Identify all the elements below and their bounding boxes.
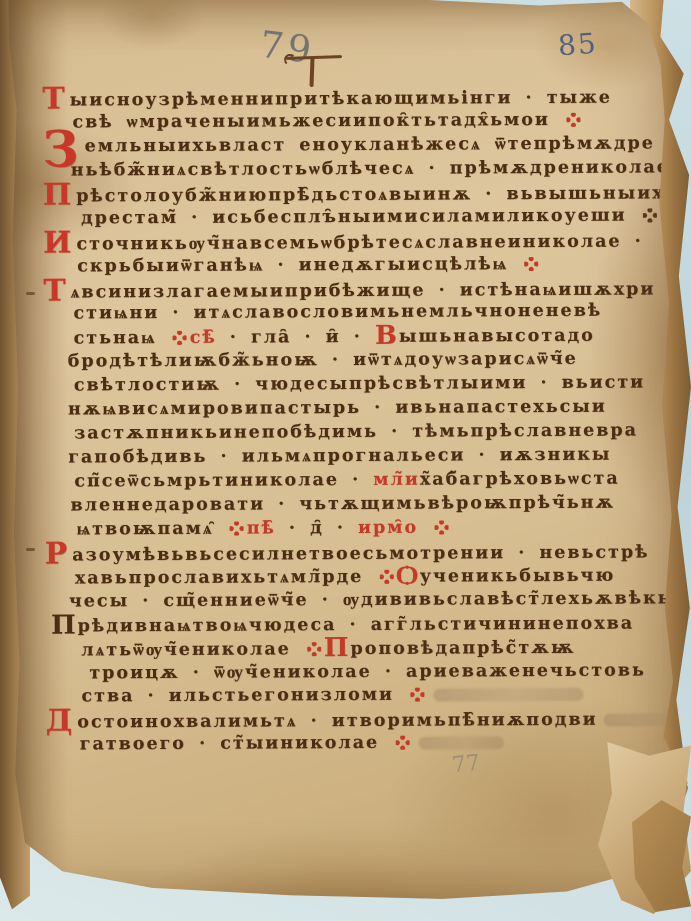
text-line: Достоинохвалимьтѧ · итворимьпѣ̑ниѫподви [46, 707, 656, 734]
text-segment: ства · ильстьегонизломи [81, 685, 407, 707]
text-segment: свѣ ѡмраченыимьжесиипок̑тьтадх̑ьмои [72, 110, 563, 133]
text-segment: азоумѣвьвьсесилнетвоесьмотрении · невьст… [72, 542, 649, 565]
quad-dot-mark [524, 257, 538, 271]
text-segment: ирм̑о [358, 518, 418, 538]
quad-dot-mark [307, 642, 321, 656]
text-line: вленнедаровати · чьтѫщимьвѣроѭпрѣч̃ьнѫ [44, 491, 654, 518]
text-line: застѫпникьинепобѣдимь · тѣмьпрѣславневра [44, 420, 654, 447]
quad-dot-mark [230, 521, 244, 535]
text-line: сп̃сеѿсьмрьтиниколае · мл̃их̃аб̃агрѣховь… [44, 467, 654, 494]
text-line: хавьпрославихьтѧмл̃рде Ѻученикьбывьчю [45, 563, 655, 590]
quad-dot-mark [566, 113, 580, 127]
text-line: Земльныихьвласт еноукланѣжесѧ ѿтепрѣмѫдр… [43, 132, 653, 159]
text-segment: застѫпникьинепобѣдимь · тѣмьпрѣславневра [74, 421, 638, 444]
text-segment: гапобѣдивь · ильмѧпрогнальеси · иѫзникы [68, 445, 611, 468]
text-segment: П [324, 633, 351, 663]
text-line: стьнаѩ сѣ̑ · гла̑ · и̑ · Вышьнавысотадо [44, 324, 654, 351]
flourish-stem [309, 57, 314, 87]
manuscript-page: 79 85 77 Тыисноузрѣменнипритѣкающимьінги… [0, 0, 691, 921]
text-line: стиѩни · итѧславословимьнемльчноненевѣ [43, 300, 653, 327]
text-segment: хавьпрославихьтѧмл̃рде [75, 567, 377, 589]
text-segment: ѧвсинизлагаемыиприбѣжище · истѣнаѩишѫхри [71, 279, 656, 302]
text-segment: роповѣдапрѣс̃тѫѭ [350, 637, 575, 658]
quad-dot-mark [643, 208, 657, 222]
text-segment: чесы · сщ̃енниеѿч̃е · ѹдививьславѣст̃лех… [69, 588, 685, 611]
text-line: свѣтлостиѭ · чюдесыпрѣсвѣтлыими · вьисти [44, 372, 654, 399]
modern-folio-number: 85 [557, 27, 599, 63]
binding-stitch-mark [26, 548, 35, 551]
text-line: Тыисноузрѣменнипритѣкающимьінги · тыже [42, 84, 652, 111]
text-line: гатвоего · ст̃ыиниколае [46, 731, 656, 758]
binding-stitch-mark [26, 292, 35, 295]
rubric-initial: П [43, 177, 74, 212]
text-line: нѫѩвисѧмировипастырь · ивьнапастехьсыи [44, 396, 654, 423]
text-line: бродѣтѣлиѭбж̃ьноѭ · иѿтѧдоуѡзарисѧѿч̃е [44, 348, 654, 375]
rubric-initial: Т [43, 273, 68, 308]
text-segment: В [375, 321, 399, 351]
text-segment: свѣтлостиѭ · чюдесыпрѣсвѣтлыими · вьисти [74, 373, 645, 396]
text-segment: Ѻ [396, 560, 420, 590]
text-line: Тѧвсинизлагаемыиприбѣжище · истѣнаѩишѫхр… [43, 276, 653, 303]
text-segment: рѣстолоубж̃ниюпрѣ̑дьстоѧвыинѫ · вьвышьны… [76, 183, 684, 206]
erased-text-smudge [418, 737, 503, 750]
quad-dot-mark [379, 570, 393, 584]
text-segment: скрьбыиѿганѣѩ · инедѫгыисцѣлѣѩ [77, 254, 521, 276]
text-segment: троицѫ · ѿѹч̃ениколае · ариеваженечьстов… [89, 660, 646, 683]
text-segment: остоинохвалимьтѧ · итворимьпѣ̑ниѫподви [77, 710, 597, 733]
text-segment: ыисноузрѣменнипритѣкающимьінги · тыже [70, 88, 612, 111]
text-line: ства · ильстьегонизломи [45, 683, 655, 710]
rubric-initial: И [43, 225, 74, 260]
text-segment: ньѣбж̃ниѧсвѣтлостьѡблѣчесѧ · прѣмѫдреник… [71, 157, 691, 180]
quad-dot-mark [173, 331, 187, 345]
text-segment: лѧтьѿѹч̃ениколае [81, 639, 304, 660]
quad-dot-mark [410, 688, 424, 702]
rubric-initial: П [51, 610, 78, 640]
erased-text-smudge [433, 688, 583, 702]
text-segment: пѣ̑ [247, 518, 276, 538]
text-segment: нѫѩвисѧмировипастырь · ивьнапастехьсыи [68, 397, 607, 420]
text-segment: ѩтвоѭпамѧ̑ [77, 519, 227, 540]
rubric-initial: Т [42, 81, 67, 116]
text-segment: ученикьбывьчю [420, 565, 616, 586]
text-segment: · д̑ · [276, 518, 358, 538]
text-line: ѩтвоѭпамѧ̑ пѣ̑ · д̑ · ирм̑о [45, 515, 655, 542]
text-segment: мл̃и [373, 470, 420, 490]
text-segment: ышьнавысотадо [399, 326, 595, 347]
text-line: Прѣстолоубж̃ниюпрѣ̑дьстоѧвыинѫ · вьвышьн… [43, 180, 653, 207]
rubric-initial: Р [45, 536, 70, 571]
text-segment [418, 517, 431, 537]
text-segment: вленнедаровати · чьтѫщимьвѣроѭпрѣч̃ьнѫ [70, 493, 615, 516]
text-segment: · гла̑ · и̑ · [217, 327, 375, 348]
text-line: дрестам̃ · исьбесплъ̑ныимисиламиликоуеши [43, 204, 653, 231]
text-line: лѧтьѿѹч̃ениколае Проповѣдапрѣс̃тѫѭ [45, 635, 655, 662]
text-line: чесы · сщ̃енниеѿч̃е · ѹдививьславѣст̃лех… [45, 587, 655, 614]
text-line: ньѣбж̃ниѧсвѣтлостьѡблѣчесѧ · прѣмѫдреник… [43, 156, 653, 183]
text-segment: сѣ̑ [190, 328, 217, 348]
text-segment: рѣдивнаѩтвоѩчюдеса · агг̃льстичининепохв… [78, 613, 635, 636]
text-line: троицѫ · ѿѹч̃ениколае · ариеваженечьстов… [45, 659, 655, 686]
text-segment: х̃аб̃агрѣховьѡста [420, 469, 620, 490]
quad-dot-mark [395, 736, 409, 750]
text-segment: стиѩни · итѧславословимьнемльчноненевѣ [73, 301, 602, 324]
text-line: Источникьѹч̃навсемьѡбрѣтесѧславнеиникола… [43, 228, 653, 255]
text-line: скрьбыиѿганѣѩ · инедѫгыисцѣлѣѩ [43, 252, 653, 279]
manuscript-text: Тыисноузрѣменнипритѣкающимьінги · тыжесв… [42, 84, 656, 757]
text-segment: гатвоего · ст̃ыиниколае [80, 733, 393, 755]
decorative-flourish [286, 52, 356, 90]
text-line: гапобѣдивь · ильмѧпрогнальеси · иѫзникы [44, 443, 654, 470]
quad-dot-mark [434, 520, 448, 534]
text-segment: стьнаѩ [74, 328, 170, 349]
text-segment: сточникьѹч̃навсемьѡбрѣтесѧславнеиниколае… [76, 231, 642, 254]
photo-backdrop: 79 85 77 Тыисноузрѣменнипритѣкающимьінги… [0, 0, 691, 921]
text-line: Разоумѣвьвьсесилнетвоесьмотрении · невьс… [45, 539, 655, 566]
rubric-initial: Д [45, 704, 74, 739]
text-segment: бродѣтѣлиѭбж̃ьноѭ · иѿтѧдоуѡзарисѧѿч̃е [68, 349, 578, 372]
text-segment: сп̃сеѿсьмрьтиниколае · [74, 470, 373, 492]
text-line: свѣ ѡмраченыимьжесиипок̑тьтадх̑ьмои [42, 108, 652, 135]
text-segment: дрестам̃ · исьбесплъ̑ныимисиламиликоуеши [81, 205, 640, 228]
text-segment: емльныихьвласт еноукланѣжесѧ ѿтепрѣмѫдре [85, 133, 655, 156]
